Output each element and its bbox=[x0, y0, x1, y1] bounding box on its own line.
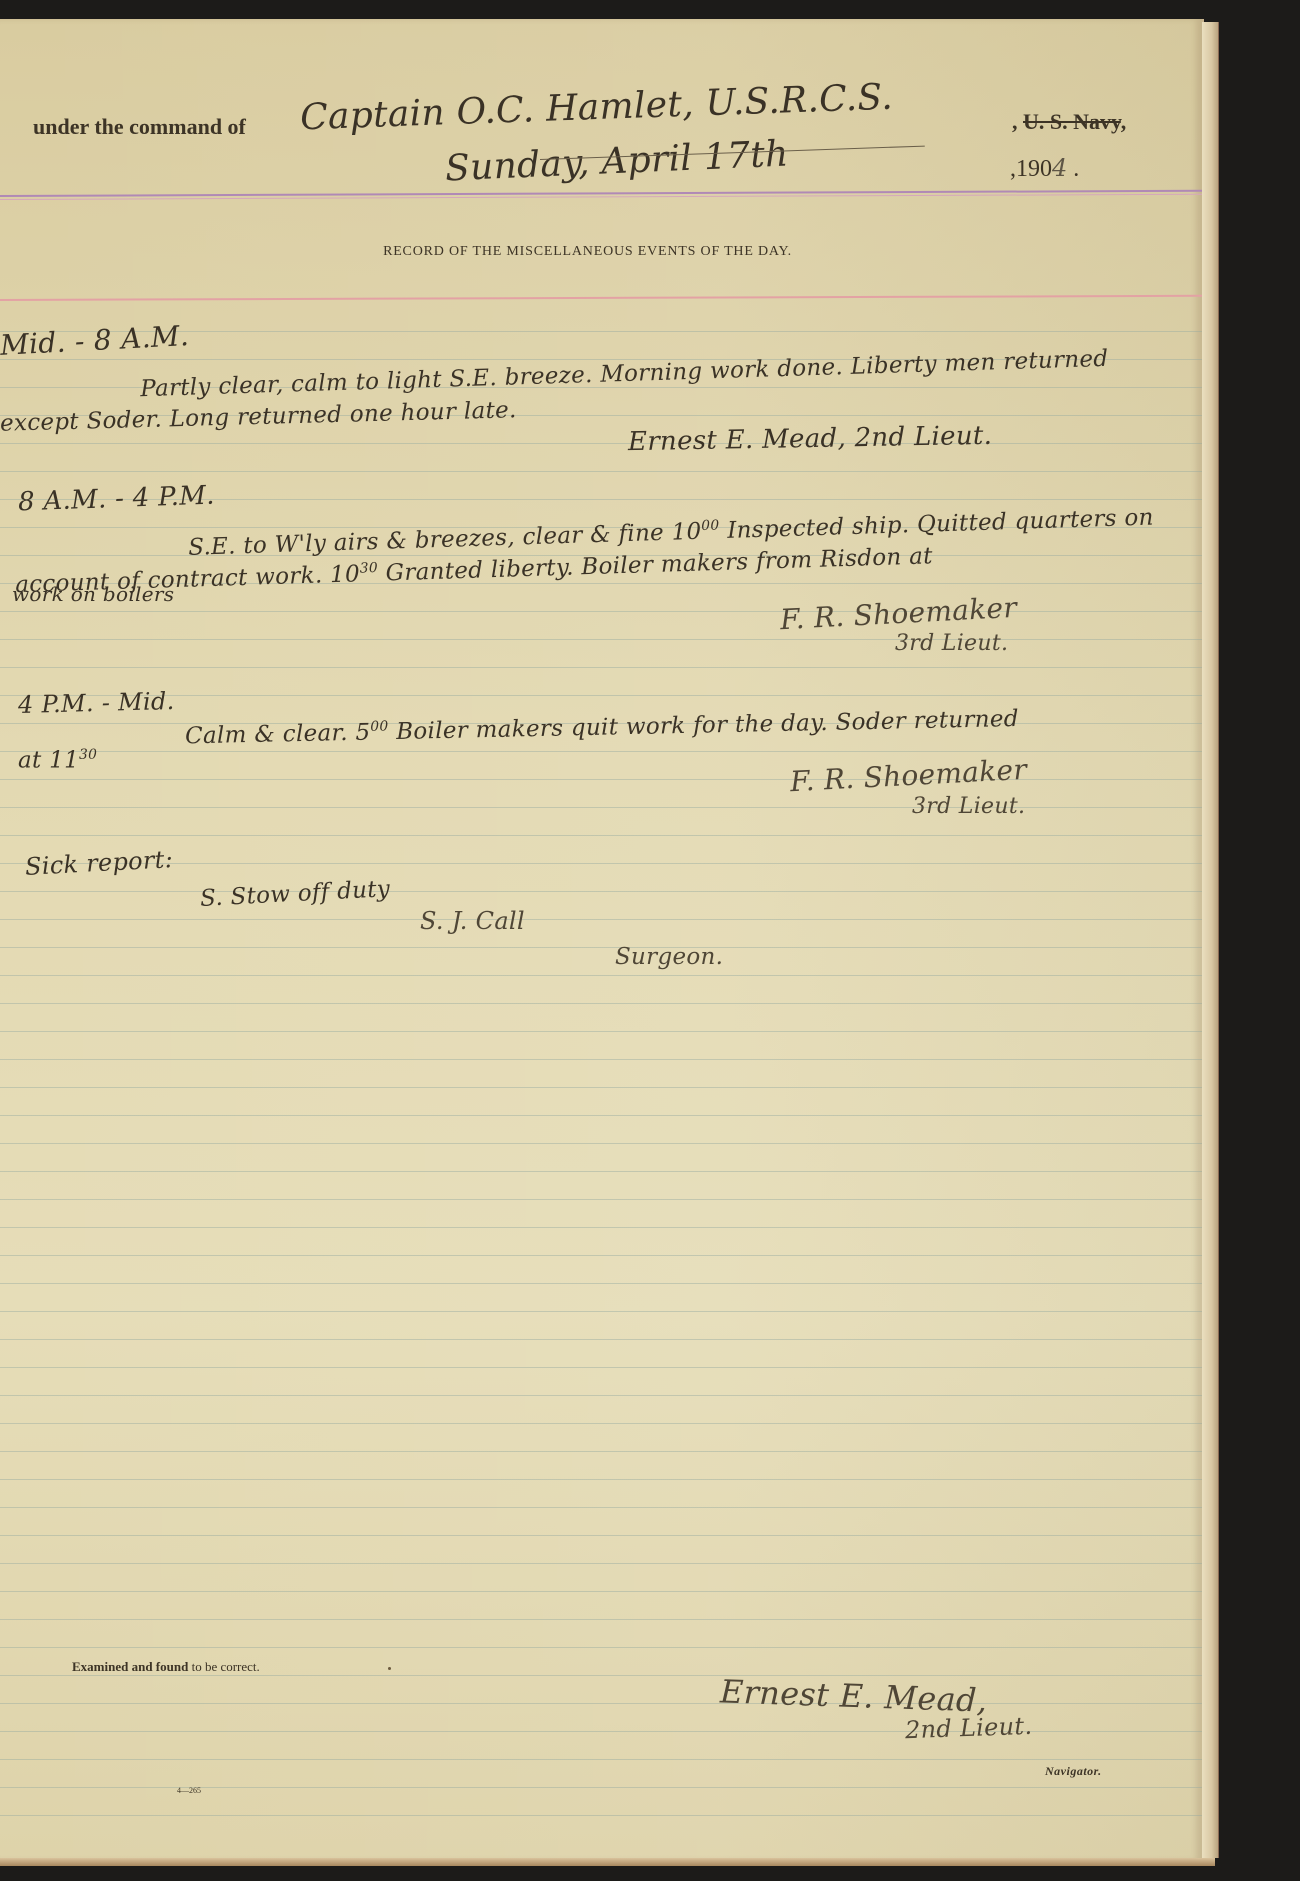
section-title: RECORD OF THE MISCELLANEOUS EVENTS OF TH… bbox=[0, 244, 1175, 260]
logbook-page: under the command of Captain O.C. Hamlet… bbox=[0, 19, 1204, 1861]
examined-statement: Examined and found to be correct. bbox=[72, 1659, 260, 1675]
watch-entry-line: work on boilers bbox=[12, 582, 174, 606]
time-minutes: 00 bbox=[370, 718, 388, 734]
examined-bold: Examined and found bbox=[72, 1659, 188, 1674]
ink-dot bbox=[388, 1667, 391, 1670]
watch-signature: Ernest E. Mead, 2nd Lieut. bbox=[628, 421, 993, 457]
examined-rest: to be correct. bbox=[188, 1659, 259, 1674]
navigator-label: Navigator. bbox=[1045, 1764, 1102, 1779]
time-minutes: 30 bbox=[359, 560, 378, 577]
page-bottom-edge bbox=[0, 1858, 1215, 1866]
surgeon-title: Surgeon. bbox=[615, 944, 723, 970]
navigator-rank: 2nd Lieut. bbox=[905, 1712, 1033, 1744]
year-field: ,1904 . bbox=[1010, 154, 1079, 183]
watch-period-4pm-mid: 4 P.M. - Mid. bbox=[18, 687, 175, 719]
watch-entry-line: at 1130 bbox=[18, 747, 97, 774]
time-minutes: 00 bbox=[701, 517, 720, 534]
watch-signature-rank: 3rd Lieut. bbox=[912, 794, 1025, 819]
date-written: Sunday, April 17th bbox=[444, 134, 789, 190]
form-number: 4—265 bbox=[177, 1786, 201, 1795]
surgeon-signature: S. J. Call bbox=[420, 907, 525, 935]
time-minutes: 30 bbox=[79, 747, 97, 763]
command-label: under the command of bbox=[33, 114, 246, 140]
entry-text: Calm & clear. 5 bbox=[185, 720, 371, 750]
commander-name: Captain O.C. Hamlet, U.S.R.C.S. bbox=[299, 77, 893, 139]
year-written-digit: 4 bbox=[1052, 154, 1067, 182]
page-stack-edge bbox=[1202, 22, 1219, 1858]
year-printed: ,190 bbox=[1010, 156, 1052, 182]
service-printed-struck: U. S. Navy bbox=[1023, 109, 1121, 134]
watch-signature-rank: 3rd Lieut. bbox=[895, 631, 1008, 656]
year-period: . bbox=[1073, 156, 1079, 182]
entry-text: at 11 bbox=[18, 748, 79, 774]
section-divider-rule bbox=[0, 295, 1202, 301]
service-field: , U. S. Navy, bbox=[1012, 109, 1126, 135]
